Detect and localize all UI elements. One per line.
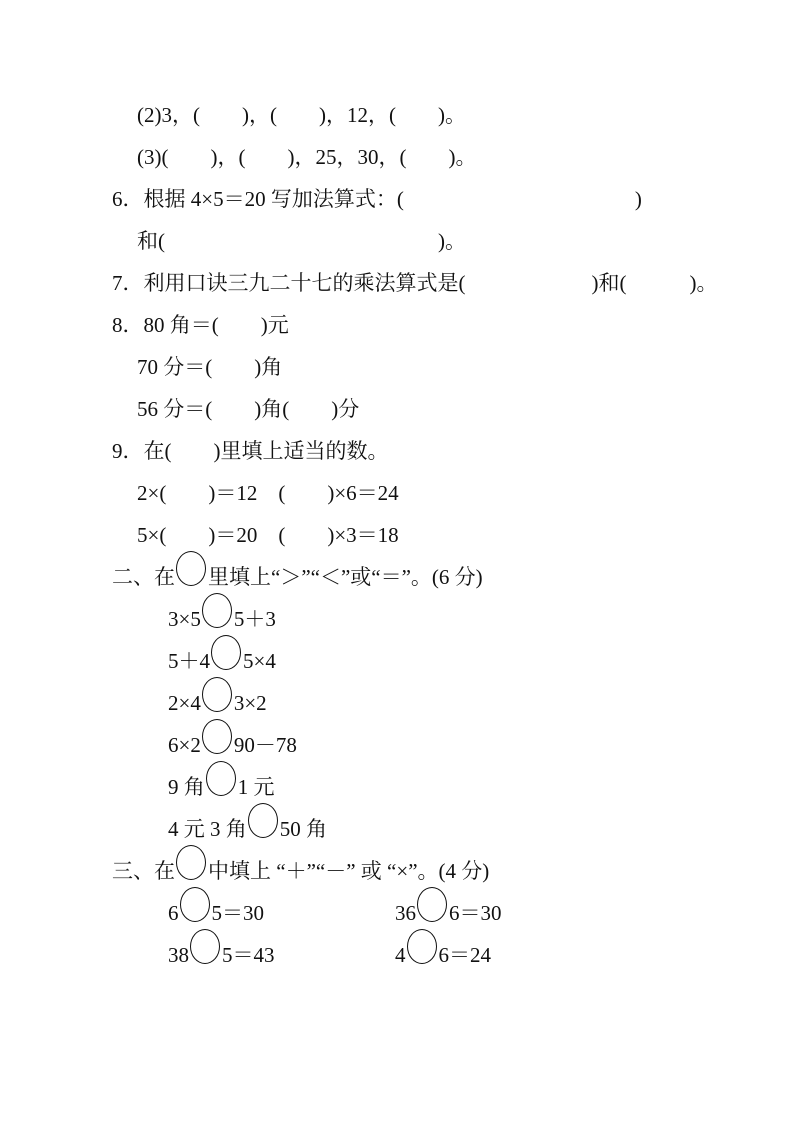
operation-right: 6＝24 [439,943,492,967]
q8-text-1: 8．80 角＝( )元 [112,313,289,337]
comparison-right: 1 元 [238,775,275,799]
operation-cell: 65＝30 [168,892,395,934]
q9-line-1: 2×( )＝12 ( )×6＝24 [0,472,793,514]
operation-left: 36 [395,901,416,925]
comparison-left: 9 角 [168,775,205,799]
q7-text: 7．利用口诀三九二十七的乘法算式是( )和( )。 [112,271,717,295]
q8-line-1: 8．80 角＝( )元 [0,304,793,346]
comparison-right: 90－78 [234,733,297,757]
section-three-title-suffix: 中填上 “＋”“－” 或 “×”。(4 分) [208,859,489,883]
comparison-left: 6×2 [168,733,201,757]
section-three-title-prefix: 三、在 [112,859,175,883]
q6-text-2: 和( )。 [137,229,466,253]
q8-text-2: 70 分＝( )角 [137,355,282,379]
section-two-title-prefix: 二、在 [112,565,175,589]
comparison-left: 5＋4 [168,649,210,673]
comparison-row: 3×55＋3 [0,598,793,640]
operation-right: 5＝30 [212,901,265,925]
section-two-title-suffix: 里填上“＞”“＜”或“＝”。(6 分) [208,565,483,589]
operation-row: 65＝30366＝30 [0,892,793,934]
comparison-row: 9 角1 元 [0,766,793,808]
q9-title: 9．在( )里填上适当的数。 [0,430,793,472]
q5-sequence-line-3: (3)( )，( )，25，30，( )。 [0,136,793,178]
q7-line: 7．利用口诀三九二十七的乘法算式是( )和( )。 [0,262,793,304]
comparison-right: 5×4 [243,649,276,673]
q9-text-2: 5×( )＝20 ( )×3＝18 [137,523,399,547]
operation-left: 4 [395,943,406,967]
q6-line-1: 6．根据 4×5＝20 写加法算式：( ) [0,178,793,220]
comparison-right: 50 角 [280,817,327,841]
section-two-title: 二、在里填上“＞”“＜”或“＝”。(6 分) [0,556,793,598]
q5-sequence-text-2: (2)3，( )，( )，12，( )。 [137,103,466,127]
operation-left: 38 [168,943,189,967]
comparison-row: 4 元 3 角50 角 [0,808,793,850]
q9-title-text: 9．在( )里填上适当的数。 [112,439,389,463]
operation-cell: 385＝43 [168,934,395,976]
comparison-right: 5＋3 [234,607,276,631]
comparison-row: 6×290－78 [0,724,793,766]
q8-text-3: 56 分＝( )角( )分 [137,397,359,421]
q5-sequence-text-3: (3)( )，( )，25，30，( )。 [137,145,476,169]
operation-right: 6＝30 [449,901,502,925]
operation-row: 385＝4346＝24 [0,934,793,976]
comparison-left: 3×5 [168,607,201,631]
section-three-title: 三、在中填上 “＋”“－” 或 “×”。(4 分) [0,850,793,892]
q8-line-2: 70 分＝( )角 [0,346,793,388]
q6-line-2: 和( )。 [0,220,793,262]
operation-right: 5＝43 [222,943,275,967]
operation-cell: 366＝30 [395,901,502,925]
comparison-row: 2×43×2 [0,682,793,724]
q9-text-1: 2×( )＝12 ( )×6＝24 [137,481,399,505]
comparison-left: 4 元 3 角 [168,817,247,841]
operation-cell: 46＝24 [395,943,491,967]
operation-left: 6 [168,901,179,925]
comparison-left: 2×4 [168,691,201,715]
q6-text-1: 6．根据 4×5＝20 写加法算式：( ) [112,187,642,211]
q5-sequence-line-2: (2)3，( )，( )，12，( )。 [0,94,793,136]
comparison-row: 5＋45×4 [0,640,793,682]
q8-line-3: 56 分＝( )角( )分 [0,388,793,430]
comparison-right: 3×2 [234,691,267,715]
worksheet-page: (2)3，( )，( )，12，( )。 (3)( )，( )，25，30，( … [0,0,793,1122]
q9-line-2: 5×( )＝20 ( )×3＝18 [0,514,793,556]
